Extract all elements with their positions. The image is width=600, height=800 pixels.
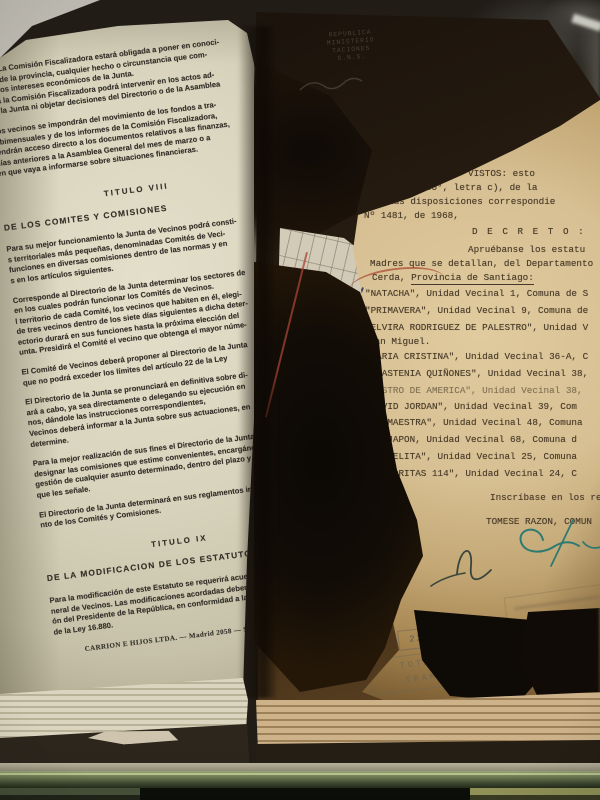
name-text: "ELVIRA RODRIGUEZ DE PALESTRO", Unidad V bbox=[365, 322, 588, 333]
name-text: "PRIMAVERA", Unidad Vecinal 9, Comuna de bbox=[365, 305, 588, 316]
body-line: Apruébanse los estatu bbox=[468, 244, 585, 255]
pencil-scrawl bbox=[296, 72, 366, 98]
name-text: "ISABELITA", Unidad Vecinal 25, Comuna bbox=[365, 451, 577, 462]
name-entry: "EL JAPON, Unidad Vecinal 68, Comuna d bbox=[360, 434, 577, 445]
name-entry: "DAVID JORDAN", Unidad Vecinal 39, Com bbox=[360, 401, 577, 412]
name-entry: "LA MAESTRA", Unidad Vecinal 48, Comuna bbox=[360, 417, 583, 428]
photo-of-burned-decree-book: 55: La Comisión Fiscalizadora estará obl… bbox=[0, 0, 600, 800]
inscribase-line: Inscríbase en los re bbox=[490, 492, 600, 503]
name-entry: "PLASTENIA QUIÑONES", Unidad Vecinal 38, bbox=[360, 368, 588, 379]
name-entry: "ROSTRO DE AMERICA", Unidad Vecinal 38, bbox=[360, 385, 583, 396]
book-gutter-shadow bbox=[238, 26, 276, 698]
stamp-smudge bbox=[514, 595, 600, 610]
vistos-line: las disposiciones correspondie bbox=[388, 196, 555, 207]
vistos-line: VISTOS: esto bbox=[468, 168, 535, 179]
glass-shadow bbox=[0, 795, 600, 800]
name-text: "ROSTRO DE AMERICA", Unidad Vecinal 38, bbox=[365, 385, 583, 396]
name-text: "LA MAESTRA", Unidad Vecinal 48, Comuna bbox=[365, 417, 583, 428]
decreto-heading: D E C R E T O : bbox=[472, 226, 586, 237]
vistos-line: Nº 1481, de 1968, bbox=[364, 210, 459, 221]
name-entry: "MARIA CRISTINA", Unidad Vecinal 36-A, C bbox=[360, 351, 588, 362]
name-entry: "ELVIRA RODRIGUEZ DE PALESTRO", Unidad V bbox=[360, 322, 588, 333]
glass-highlight bbox=[0, 773, 600, 775]
name-text: "PLASTENIA QUIÑONES", Unidad Vecinal 38, bbox=[365, 368, 588, 379]
name-text: "DAVID JORDAN", Unidad Vecinal 39, Com bbox=[365, 401, 577, 412]
name-entry: "NATACHA", Unidad Vecinal 1, Comuna de S bbox=[360, 288, 588, 299]
name-text: "NATACHA", Unidad Vecinal 1, Comuna de S bbox=[365, 288, 588, 299]
name-text: "MARIA CRISTINA", Unidad Vecinal 36-A, C bbox=[365, 351, 588, 362]
name-text: "EL JAPON, Unidad Vecinal 68, Comuna d bbox=[365, 434, 577, 445]
name-entry: "PRIMAVERA", Unidad Vecinal 9, Comuna de bbox=[360, 305, 588, 316]
